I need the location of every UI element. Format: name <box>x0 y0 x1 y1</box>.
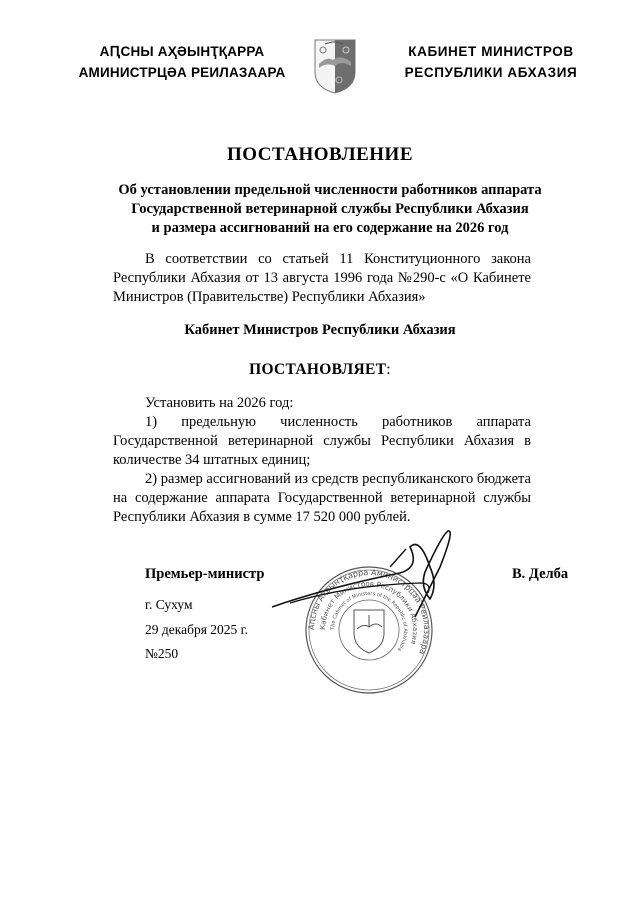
resolution-intro: Установить на 2026 год: <box>113 394 531 413</box>
decree-colon: : <box>386 361 391 378</box>
header-russian-line2: РЕСПУБЛИКИ АБХАЗИЯ <box>386 62 596 83</box>
header-abkhaz-line1: АԤСНЫ АҲӘЫНҬҚАРРА <box>64 41 300 62</box>
header-russian-line1: КАБИНЕТ МИНИСТРОВ <box>386 41 596 62</box>
header-russian: КАБИНЕТ МИНИСТРОВ РЕСПУБЛИКИ АБХАЗИЯ <box>386 41 596 83</box>
header-abkhaz: АԤСНЫ АҲӘЫНҬҚАРРА АМИНИСТРЦӘА РЕИЛАЗААРА <box>64 41 300 83</box>
resolution-item: 2) размер ассигнований из средств респуб… <box>113 470 531 527</box>
document-date: 29 декабря 2025 г. <box>145 622 248 638</box>
signatory-position: Премьер-министр <box>145 566 264 583</box>
document-city: г. Сухум <box>145 597 193 613</box>
document-subject: Об установлении предельной численности р… <box>110 181 550 238</box>
document-number: №250 <box>145 646 178 662</box>
resolution-block: Установить на 2026 год: 1) предельную чи… <box>113 394 531 527</box>
subject-line: и размера ассигнований на его содержание… <box>110 219 550 238</box>
header-abkhaz-line2: АМИНИСТРЦӘА РЕИЛАЗААРА <box>64 62 300 83</box>
coat-of-arms-icon <box>313 38 357 94</box>
decree-word: ПОСТАНОВЛЯЕТ <box>249 361 386 378</box>
decree-heading: ПОСТАНОВЛЯЕТ: <box>0 361 640 379</box>
handwritten-signature-icon <box>270 527 470 637</box>
resolution-item: 1) предельную численность работников апп… <box>113 413 531 470</box>
issuer-line: Кабинет Министров Республики Абхазия <box>0 322 640 339</box>
subject-line: Государственной ветеринарной службы Респ… <box>110 200 550 219</box>
document-title: ПОСТАНОВЛЕНИЕ <box>0 144 640 166</box>
signatory-name: В. Делба <box>512 566 568 583</box>
preamble-paragraph: В соответствии со статьей 11 Конституцио… <box>113 250 531 307</box>
subject-line: Об установлении предельной численности р… <box>110 181 550 200</box>
document-page: АԤСНЫ АҲӘЫНҬҚАРРА АМИНИСТРЦӘА РЕИЛАЗААРА… <box>0 0 640 905</box>
